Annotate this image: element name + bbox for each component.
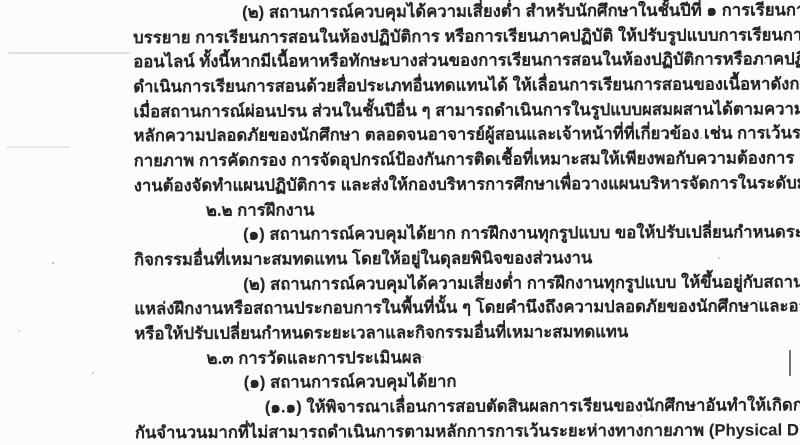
text-line-1: (๒) สถานการณ์ควบคุมได้ความเสี่ยงต่ำ สำหร… (0, 0, 799, 26)
text-line-16: (๑) สถานการณ์ควบคุมได้ยาก (1, 369, 800, 397)
text-line-15: ๒.๓ การวัดและการประเมินผล (1, 344, 800, 372)
scan-streak-artifact (6, 146, 70, 148)
text-line-14: หรือให้ปรับเปลี่ยนกำหนดระยะเวลาและกิจกรร… (0, 319, 800, 347)
text-line-4: ดำเนินการเรียนการสอนด้วยสื่อประเภทอื่นทด… (0, 72, 799, 100)
text-line-18: กันจำนวนมากที่ไม่สามารถดำเนินการตามหลักก… (1, 418, 800, 445)
text-line-13: แหล่งฝึกงานหรือสถานประกอบการในพื้นที่นั้… (0, 295, 800, 323)
text-lines: (๒) สถานการณ์ควบคุมได้ความเสี่ยงต่ำ สำหร… (0, 0, 800, 445)
text-line-10: (๑) สถานการณ์ควบคุมได้ยาก การฝึกงานทุกรู… (0, 220, 800, 248)
text-line-12: (๒) สถานการณ์ควบคุมได้ความเสี่ยงต่ำ การฝ… (0, 270, 800, 298)
text-line-8: งานต้องจัดทำแผนปฏิบัติการ และส่งให้กองบร… (0, 171, 800, 199)
text-line-5: เมื่อสถานการณ์ผ่อนปรน ส่วนในชั้นปีอื่น ๆ… (0, 97, 800, 125)
text-line-17: (๑.๑) ให้พิจารณาเลื่อนการสอบตัดสินผลการเ… (1, 393, 800, 421)
scan-tick-artifact (789, 350, 791, 376)
text-line-7: กายภาพ การคัดกรอง การจัดอุปกรณ์ป้องกันกา… (0, 146, 800, 174)
scan-streak-artifact (8, 52, 130, 54)
scan-speck-artifacts (0, 0, 2, 2)
text-line-9: ๒.๒ การฝึกงาน (0, 196, 800, 224)
scanned-document-page: (๒) สถานการณ์ควบคุมได้ความเสี่ยงต่ำ สำหร… (0, 0, 800, 445)
text-line-2: บรรยาย การเรียนการสอนในห้องปฏิบัติการ หร… (0, 23, 799, 51)
text-line-6: หลักความปลอดภัยของนักศึกษา ตลอดจนอาจารย์… (0, 122, 800, 150)
text-line-11: กิจกรรมอื่นที่เหมาะสมทดแทน โดยให้อยู่ในด… (0, 245, 800, 273)
